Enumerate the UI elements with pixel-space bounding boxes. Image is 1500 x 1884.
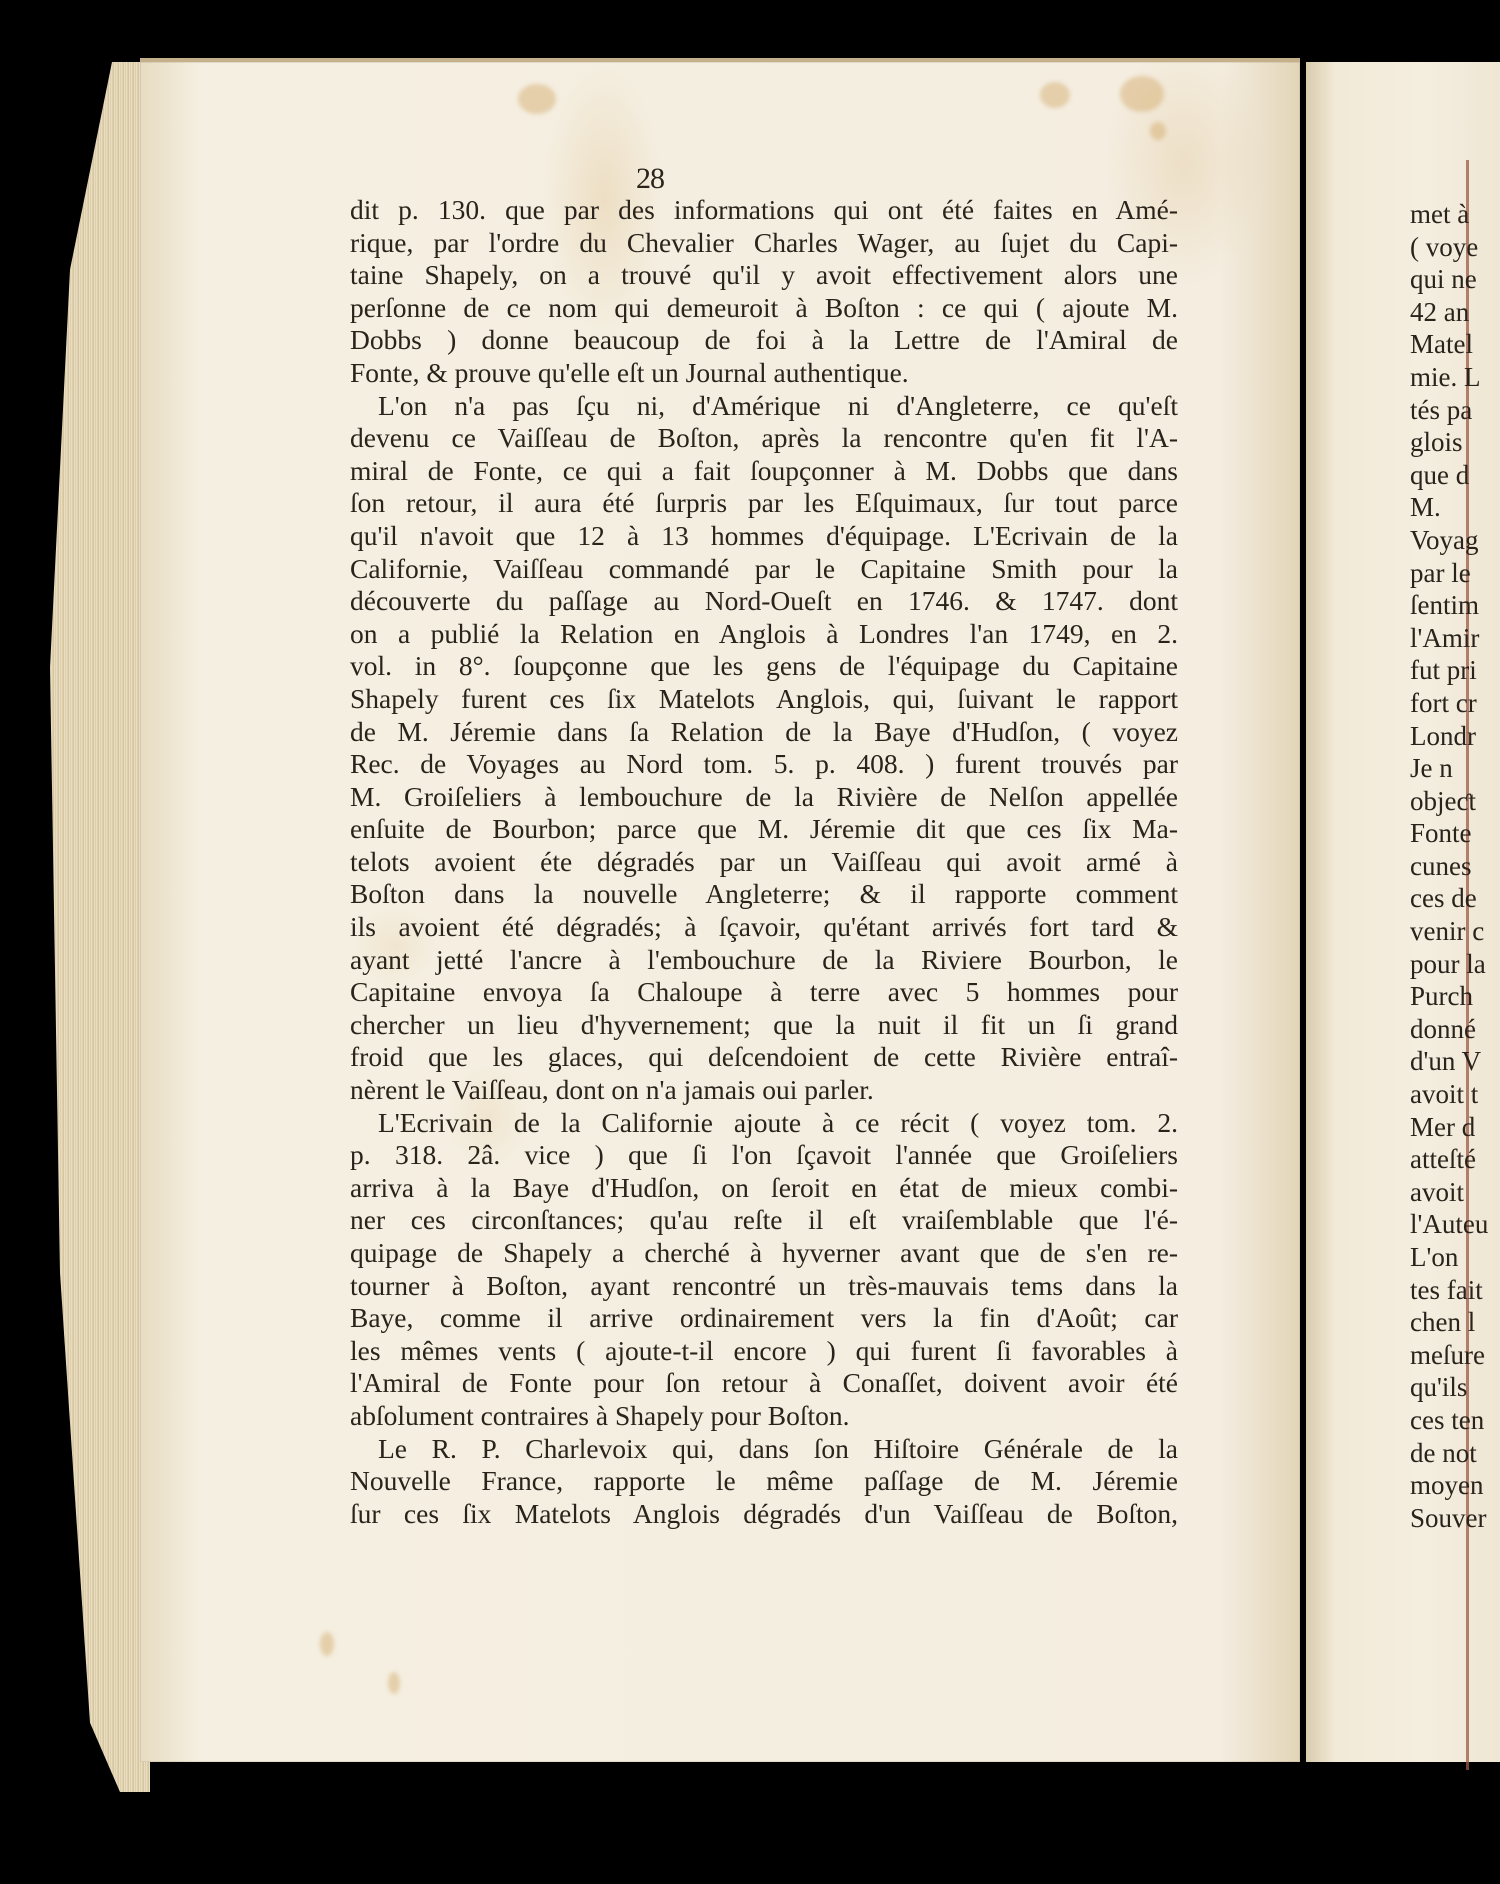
- text-line-fragment: par le: [1410, 557, 1500, 590]
- text-line-fragment: l'Auteu: [1410, 1208, 1500, 1241]
- text-line: de M. Jéremie dans ſa Relation de la Bay…: [350, 716, 1178, 749]
- text-line: M. Groiſeliers à lembouchure de la Riviè…: [350, 781, 1178, 814]
- text-line: Fonte, & prouve qu'elle eſt un Journal a…: [350, 357, 1178, 390]
- text-line-fragment: meſure: [1410, 1339, 1500, 1372]
- text-line: découverte du paſſage au Nord-Oueſt en 1…: [350, 585, 1178, 618]
- text-line: perſonne de ce nom qui demeuroit à Boſto…: [350, 292, 1178, 325]
- text-line-fragment: cunes: [1410, 850, 1500, 883]
- text-line: Californie, Vaiſſeau commandé par le Cap…: [350, 553, 1178, 586]
- text-line: rique, par l'ordre du Chevalier Charles …: [350, 227, 1178, 260]
- text-line-fragment: ces ten: [1410, 1404, 1500, 1437]
- text-line: Nouvelle France, rapporte le même paſſag…: [350, 1465, 1178, 1498]
- text-line-fragment: moyen: [1410, 1469, 1500, 1502]
- text-line: froid que les glaces, qui deſcendoient d…: [350, 1041, 1178, 1074]
- text-line-fragment: met à: [1410, 198, 1500, 231]
- text-line: tourner à Boſton, ayant rencontré un trè…: [350, 1270, 1178, 1303]
- scanned-book-spread: 28 dit p. 130. que par des informations …: [0, 0, 1500, 1884]
- text-line: arriva à la Baye d'Hudſon, on ſeroit en …: [350, 1172, 1178, 1205]
- foxing-stain: [320, 1632, 334, 1656]
- text-line: l'Amiral de Fonte pour ſon retour à Cona…: [350, 1367, 1178, 1400]
- text-line: les mêmes vents ( ajoute-t-il encore ) q…: [350, 1335, 1178, 1368]
- text-line-fragment: Souver: [1410, 1502, 1500, 1535]
- text-line-fragment: ( voye: [1410, 231, 1500, 264]
- text-line-fragment: que d: [1410, 459, 1500, 492]
- left-page-body-text: dit p. 130. que par des informations qui…: [350, 194, 1178, 1530]
- text-line-fragment: Fonte: [1410, 817, 1500, 850]
- text-line-fragment: tes fait: [1410, 1274, 1500, 1307]
- text-line: L'Ecrivain de la Californie ajoute à ce …: [350, 1107, 1178, 1140]
- text-line-fragment: fort cr: [1410, 687, 1500, 720]
- text-line: ayant jetté l'ancre à l'embouchure de la…: [350, 944, 1178, 977]
- text-line-fragment: tés pa: [1410, 394, 1500, 427]
- text-line-fragment: ces de: [1410, 882, 1500, 915]
- text-line-fragment: Purch: [1410, 980, 1500, 1013]
- foxing-stain: [518, 84, 556, 114]
- foxing-stain: [388, 1672, 400, 1694]
- text-line: nèrent le Vaiſſeau, dont on n'a jamais o…: [350, 1074, 1178, 1107]
- text-line: telots avoient éte dégradés par un Vaiſſ…: [350, 846, 1178, 879]
- text-line: on a publié la Relation en Anglois à Lon…: [350, 618, 1178, 651]
- text-line-fragment: donné: [1410, 1013, 1500, 1046]
- page-number: 28: [620, 162, 680, 196]
- text-line-fragment: l'Amir: [1410, 622, 1500, 655]
- text-line: ſur ces ſix Matelots Anglois dégradés d'…: [350, 1498, 1178, 1531]
- text-line-fragment: qu'ils: [1410, 1371, 1500, 1404]
- text-line-fragment: objeƈt: [1410, 785, 1500, 818]
- text-line: taine Shapely, on a trouvé qu'il y avoit…: [350, 259, 1178, 292]
- text-line-fragment: mie. L: [1410, 361, 1500, 394]
- text-line-fragment: ſentim: [1410, 589, 1500, 622]
- text-line-fragment: qui ne: [1410, 263, 1500, 296]
- text-line-fragment: venir c: [1410, 915, 1500, 948]
- text-line: L'on n'a pas ſçu ni, d'Amérique ni d'Ang…: [350, 390, 1178, 423]
- text-line: Dobbs ) donne beaucoup de foi à la Lettr…: [350, 324, 1178, 357]
- foxing-stain: [1150, 122, 1166, 140]
- text-line-fragment: chen l: [1410, 1306, 1500, 1339]
- text-line-fragment: avoit: [1410, 1176, 1500, 1209]
- text-line-fragment: fut pri: [1410, 654, 1500, 687]
- text-line-fragment: Mer d: [1410, 1111, 1500, 1144]
- right-page-body-text-fragment: met à( voyequi ne42 anMatelmie. Ltés pag…: [1410, 198, 1500, 1534]
- text-line: ils avoient été dégradés; à ſçavoir, qu'…: [350, 911, 1178, 944]
- text-line: Capitaine envoya ſa Chaloupe à terre ave…: [350, 976, 1178, 1009]
- text-line: chercher un lieu d'hyvernement; que la n…: [350, 1009, 1178, 1042]
- text-line: quipage de Shapely a cherché à hyverner …: [350, 1237, 1178, 1270]
- text-line-fragment: L'on: [1410, 1241, 1500, 1274]
- text-line-fragment: M.: [1410, 491, 1500, 524]
- text-line: vol. in 8°. ſoupçonne que les gens de l'…: [350, 650, 1178, 683]
- text-line-fragment: glois: [1410, 426, 1500, 459]
- text-line: p. 318. 2â. vice ) que ſi l'on ſçavoit l…: [350, 1139, 1178, 1172]
- text-line: abſolument contraires à Shapely pour Boſ…: [350, 1400, 1178, 1433]
- text-line: enſuite de Bourbon; parce que M. Jéremie…: [350, 813, 1178, 846]
- text-line: ſon retour, il aura été ſurpris par les …: [350, 487, 1178, 520]
- text-line: dit p. 130. que par des informations qui…: [350, 194, 1178, 227]
- text-line: ner ces circonſtances; qu'au reſte il eſ…: [350, 1204, 1178, 1237]
- text-line: qu'il n'avoit que 12 à 13 hommes d'équip…: [350, 520, 1178, 553]
- text-line-fragment: Londr: [1410, 720, 1500, 753]
- text-line: Boſton dans la nouvelle Angleterre; & il…: [350, 878, 1178, 911]
- text-line-fragment: pour la: [1410, 948, 1500, 981]
- text-line-fragment: Matel: [1410, 328, 1500, 361]
- text-line: miral de Fonte, ce qui a fait ſoupçonner…: [350, 455, 1178, 488]
- text-line-fragment: avoit t: [1410, 1078, 1500, 1111]
- text-line-fragment: Voyag: [1410, 524, 1500, 557]
- foxing-stain: [1040, 82, 1070, 108]
- text-line-fragment: 42 an: [1410, 296, 1500, 329]
- text-line: Le R. P. Charlevoix qui, dans ſon Hiſtoi…: [350, 1433, 1178, 1466]
- text-line-fragment: atteſté: [1410, 1143, 1500, 1176]
- text-line-fragment: Je n: [1410, 752, 1500, 785]
- text-line: Rec. de Voyages au Nord tom. 5. p. 408. …: [350, 748, 1178, 781]
- text-line: Baye, comme il arrive ordinairement vers…: [350, 1302, 1178, 1335]
- text-line: devenu ce Vaiſſeau de Boſton, après la r…: [350, 422, 1178, 455]
- foxing-stain: [1120, 76, 1164, 112]
- text-line: Shapely furent ces ſix Matelots Anglois,…: [350, 683, 1178, 716]
- text-line-fragment: d'un V: [1410, 1045, 1500, 1078]
- page-edges-stack: [50, 62, 150, 1792]
- text-line-fragment: de not: [1410, 1437, 1500, 1470]
